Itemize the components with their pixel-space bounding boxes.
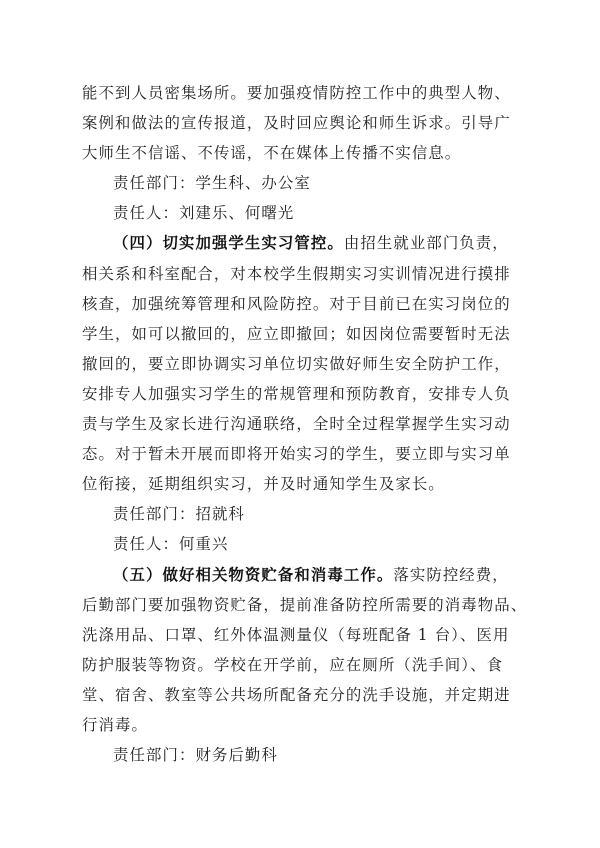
section-five-paragraph: （五）做好相关物资贮备和消毒工作。落实防控经费， 后勤部门要加强物资贮备，提前准… <box>82 560 522 741</box>
text-line: 态。对于暂未开展而即将开始实习的学生，要立即与实习单 <box>82 439 522 469</box>
text-line: 撤回的，要立即协调实习单位切实做好师生安全防护工作， <box>82 349 522 379</box>
section-first-line-text: 落实防控经费， <box>393 566 508 584</box>
responsible-department: 责任部门：财务后勤科 <box>82 740 522 770</box>
text-line: 位衔接，延期组织实习，并及时通知学生及家长。 <box>82 469 522 499</box>
section-first-line: （五）做好相关物资贮备和消毒工作。落实防控经费， <box>82 560 522 590</box>
text-line: 后勤部门要加强物资贮备，提前准备防控所需要的消毒物品、 <box>82 590 522 620</box>
section-first-line-text: 由招生就业部门负责， <box>344 234 509 252</box>
responsible-department: 责任部门：学生科、办公室 <box>82 168 522 198</box>
text-line: 防护服装等物资。学校在开学前，应在厕所（洗手间）、食 <box>82 650 522 680</box>
text-line: 责与学生及家长进行沟通联络，全时全过程掌握学生实习动 <box>82 409 522 439</box>
text-line: 堂、宿舍、教室等公共场所配备充分的洗手设施，并定期进 <box>82 680 522 710</box>
section-first-line: （四）切实加强学生实习管控。由招生就业部门负责， <box>82 228 522 258</box>
responsible-person: 责任人：何重兴 <box>82 529 522 559</box>
responsible-department: 责任部门：招就科 <box>82 499 522 529</box>
text-line: 行消毒。 <box>82 710 522 740</box>
text-line: 能不到人员密集场所。要加强疫情防控工作中的典型人物、 <box>82 78 522 108</box>
section-four-paragraph: （四）切实加强学生实习管控。由招生就业部门负责， 相关系和科室配合，对本校学生假… <box>82 228 522 499</box>
document-page: 能不到人员密集场所。要加强疫情防控工作中的典型人物、 案例和做法的宣传报道，及时… <box>82 78 522 770</box>
body-paragraph-continuation: 能不到人员密集场所。要加强疫情防控工作中的典型人物、 案例和做法的宣传报道，及时… <box>82 78 522 168</box>
text-line: 大师生不信谣、不传谣，不在媒体上传播不实信息。 <box>82 138 522 168</box>
responsible-person: 责任人：刘建乐、何曙光 <box>82 198 522 228</box>
section-heading: （四）切实加强学生实习管控。 <box>113 234 344 252</box>
text-line: 安排专人加强实习学生的常规管理和预防教育，安排专人负 <box>82 379 522 409</box>
text-line: 洗涤用品、口罩、红外体温测量仪（每班配备 1 台）、医用 <box>82 620 522 650</box>
text-line: 核查，加强统筹管理和风险防控。对于目前已在实习岗位的 <box>82 289 522 319</box>
text-line: 相关系和科室配合，对本校学生假期实习实训情况进行摸排 <box>82 259 522 289</box>
text-line: 案例和做法的宣传报道，及时回应舆论和师生诉求。引导广 <box>82 108 522 138</box>
section-heading: （五）做好相关物资贮备和消毒工作。 <box>113 566 393 584</box>
text-line: 学生，如可以撤回的，应立即撤回；如因岗位需要暂时无法 <box>82 319 522 349</box>
